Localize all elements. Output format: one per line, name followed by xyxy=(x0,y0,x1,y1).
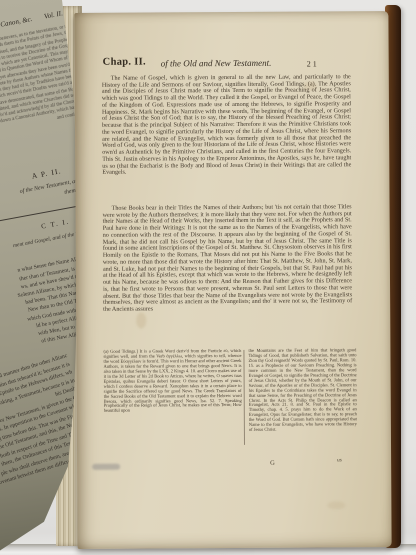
footnote-column-right: the Mountains are the Feet of him that b… xyxy=(248,348,357,448)
footnote-column-divider xyxy=(243,350,245,445)
signature-mark: G xyxy=(270,460,275,467)
ink-smudge xyxy=(92,464,120,470)
left-volume-label: Vol. II. xyxy=(43,9,63,20)
catchword: us xyxy=(337,457,342,463)
book-photo: of the Canon, &c. Vol. II. ho are unbeli… xyxy=(0,0,416,555)
page-number: 21 xyxy=(307,59,319,68)
body-paragraph-2: Those Books bear in their Titles the Nam… xyxy=(103,204,353,313)
foxing-spot xyxy=(136,313,146,329)
left-running-title: of the Canon, &c. xyxy=(0,15,33,32)
foxing-spot xyxy=(303,81,317,90)
footnote-column-left: (a) Good Tidings.] It is a Greek Word de… xyxy=(103,349,242,449)
right-page: Chap. II. of the Old and New Testament. … xyxy=(74,11,391,549)
chapter-heading: Chap. II. xyxy=(103,57,146,68)
running-title: of the Old and New Testament. xyxy=(161,58,272,69)
foxing-spot xyxy=(327,501,345,509)
left-page-body-upper: n what Sense the Name Alliance, which th… xyxy=(0,249,84,364)
